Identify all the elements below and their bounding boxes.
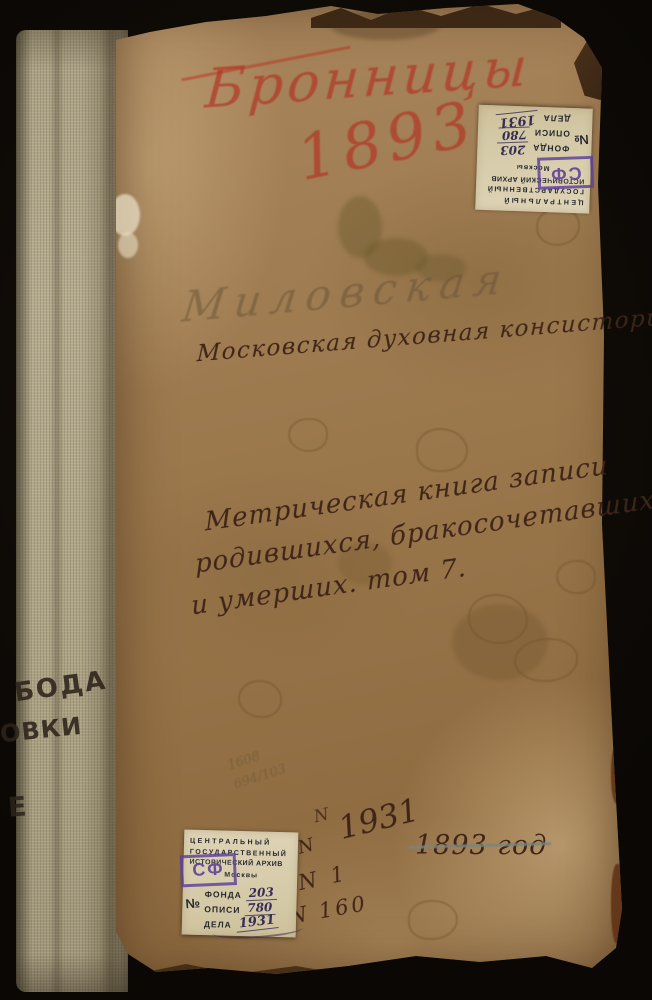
archive-fields: ФОНДА203 ОПИСИ780 ДЕЛА1931 xyxy=(481,111,571,159)
torn-corner xyxy=(574,32,622,106)
fond-label: ФОНДА xyxy=(205,889,242,900)
edge-tear xyxy=(611,744,624,804)
water-stain-ring xyxy=(514,638,578,682)
delo-value: 1931 xyxy=(496,110,540,129)
book-spine xyxy=(16,30,128,992)
glue-stain xyxy=(330,10,440,40)
delo-label: ДЕЛА xyxy=(542,113,570,124)
opis-label: ОПИСИ xyxy=(534,128,570,139)
number-sign: № xyxy=(574,132,590,148)
opis-label: ОПИСИ xyxy=(204,904,240,915)
sf-stamp: СФ xyxy=(180,853,238,887)
fond-label: ФОНДА xyxy=(532,143,570,154)
edge-tear xyxy=(611,864,624,944)
fond-value: 203 xyxy=(497,142,529,157)
paper-damage-spot xyxy=(118,232,138,258)
number-sign: № xyxy=(185,895,201,911)
archive-label-top: ЦЕНТРАЛЬНЫЙ ГОСУДАРСТВЕННЫЙ ИСТОРИЧЕСКИЙ… xyxy=(475,105,593,214)
water-stain-ring xyxy=(468,594,528,644)
sf-stamp: СФ xyxy=(537,156,594,190)
torn-bottom-edge xyxy=(146,962,586,978)
water-stain-ring xyxy=(288,418,328,452)
water-stain-ring xyxy=(238,680,282,718)
water-stain-ring xyxy=(408,900,458,940)
water-stain-ring xyxy=(536,208,580,246)
fond-value: 203 xyxy=(246,886,278,901)
spine-text-fragment: Е xyxy=(7,791,28,823)
book-cover-photo: БОДА ОВКИ Е Бронницы 1893 Миловская М xyxy=(0,0,652,1000)
crossed-year-1893: 1893 год xyxy=(415,830,547,861)
spine-fold-crease xyxy=(50,30,64,992)
edge-tear xyxy=(611,604,624,699)
